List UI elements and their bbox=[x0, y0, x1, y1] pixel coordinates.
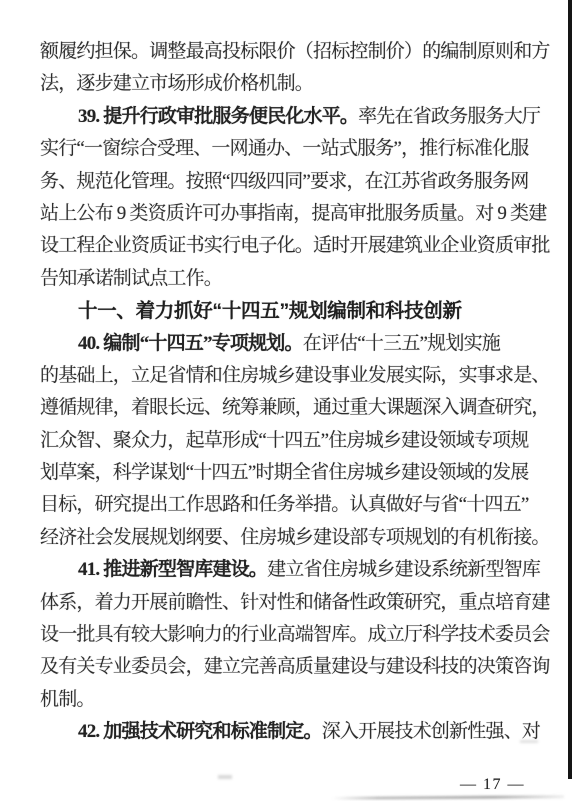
line-text: 目标，研究提出工作思路和任务举措。认真做好与省“十四五” bbox=[40, 494, 528, 515]
text-line: 法，逐步建立市场形成价格机制。 bbox=[40, 68, 544, 100]
scan-bottom-smudge-artifact bbox=[332, 795, 564, 800]
line-text: 建立省住房城乡建设系统新型智库 bbox=[267, 559, 540, 580]
line-text: 告知承诺制试点工作。 bbox=[40, 268, 222, 289]
paragraph-lead: 41. 推进新型智库建设。 bbox=[78, 559, 267, 580]
text-line: 实行“一窗综合受理、一网通办、一站式服务”，推行标准化服 bbox=[40, 133, 544, 165]
line-text: 深入开展技术创新性强、对 bbox=[322, 721, 540, 742]
line-text: 设工程企业资质证书实行电子化。适时开展建筑业企业资质审批 bbox=[40, 235, 550, 256]
line-text: 法，逐步建立市场形成价格机制。 bbox=[40, 73, 313, 94]
line-text: 体系，着力开展前瞻性、针对性和储备性政策研究，重点培育建 bbox=[40, 592, 550, 613]
line-text: 遵循规律，着眼长远、统筹兼顾，通过重大课题深入调查研究， bbox=[40, 397, 550, 418]
paragraph-lead: 40. 编制“十四五”专项规划。 bbox=[78, 333, 303, 354]
line-text: 汇众智、聚众力，起草形成“十四五”住房城乡建设领域专项规 bbox=[40, 430, 528, 451]
text-line: 39. 提升行政审批服务便民化水平。率先在省政务服务大厅 bbox=[40, 101, 544, 133]
text-line: 体系，着力开展前瞻性、针对性和储备性政策研究，重点培育建 bbox=[40, 587, 544, 619]
line-text: 机制。 bbox=[40, 689, 95, 710]
scan-speck-artifact bbox=[218, 775, 232, 779]
text-line: 站上公布 9 类资质许可办事指南，提高审批服务质量。对 9 类建 bbox=[40, 198, 544, 230]
scan-right-edge-artifact bbox=[568, 0, 572, 779]
text-line: 设工程企业资质证书实行电子化。适时开展建筑业企业资质审批 bbox=[40, 230, 544, 262]
text-line: 汇众智、聚众力，起草形成“十四五”住房城乡建设领域专项规 bbox=[40, 425, 544, 457]
text-line: 及有关专业委员会，建立完善高质量建设与建设科技的决策咨询 bbox=[40, 651, 544, 683]
line-text: 十一、着力抓好“十四五”规划编制和科技创新 bbox=[78, 300, 462, 322]
line-text: 设一批具有较大影响力的行业高端智库。成立厅科学技术委员会 bbox=[40, 624, 550, 645]
section-heading: 十一、着力抓好“十四五”规划编制和科技创新 bbox=[40, 295, 544, 327]
text-line: 额履约担保。调整最高投标限价（招标控制价）的编制原则和方 bbox=[40, 36, 544, 68]
document-text: 额履约担保。调整最高投标限价（招标控制价）的编制原则和方法，逐步建立市场形成价格… bbox=[40, 36, 544, 749]
line-text: 划草案，科学谋划“十四五”时期全省住房城乡建设领域的发展 bbox=[40, 462, 528, 483]
line-text: 在评估“十三五”规划实施 bbox=[303, 333, 500, 354]
text-line: 42. 加强技术研究和标准制定。深入开展技术创新性强、对 bbox=[40, 716, 544, 748]
scan-page: 额履约担保。调整最高投标限价（招标控制价）的编制原则和方法，逐步建立市场形成价格… bbox=[0, 0, 572, 801]
line-text: 及有关专业委员会，建立完善高质量建设与建设科技的决策咨询 bbox=[40, 656, 550, 677]
text-line: 设一批具有较大影响力的行业高端智库。成立厅科学技术委员会 bbox=[40, 619, 544, 651]
line-text: 实行“一窗综合受理、一网通办、一站式服务”，推行标准化服 bbox=[40, 138, 528, 159]
text-line: 40. 编制“十四五”专项规划。在评估“十三五”规划实施 bbox=[40, 328, 544, 360]
text-line: 经济社会发展规划纲要、住房城乡建设部专项规划的有机衔接。 bbox=[40, 522, 544, 554]
line-text: 额履约担保。调整最高投标限价（招标控制价）的编制原则和方 bbox=[40, 41, 550, 62]
scan-speck-artifact bbox=[520, 740, 538, 743]
text-line: 目标，研究提出工作思路和任务举措。认真做好与省“十四五” bbox=[40, 489, 544, 521]
line-text: 的基础上，立足省情和住房城乡建设事业发展实际，实事求是、 bbox=[40, 365, 550, 386]
line-text: 站上公布 9 类资质许可办事指南，提高审批服务质量。对 9 类建 bbox=[40, 203, 546, 224]
text-line: 41. 推进新型智库建设。建立省住房城乡建设系统新型智库 bbox=[40, 554, 544, 586]
text-line: 告知承诺制试点工作。 bbox=[40, 263, 544, 295]
paragraph-lead: 42. 加强技术研究和标准制定。 bbox=[78, 721, 322, 742]
page-number: — 17 — bbox=[460, 776, 525, 794]
line-text: 率先在省政务服务大厅 bbox=[358, 106, 540, 127]
paragraph-lead: 39. 提升行政审批服务便民化水平。 bbox=[78, 106, 358, 127]
text-line: 机制。 bbox=[40, 684, 544, 716]
line-text: 经济社会发展规划纲要、住房城乡建设部专项规划的有机衔接。 bbox=[40, 527, 550, 548]
text-line: 的基础上，立足省情和住房城乡建设事业发展实际，实事求是、 bbox=[40, 360, 544, 392]
line-text: 务、规范化管理。按照“四级四同”要求，在江苏省政务服务网 bbox=[40, 171, 528, 192]
text-line: 遵循规律，着眼长远、统筹兼顾，通过重大课题深入调查研究， bbox=[40, 392, 544, 424]
text-line: 务、规范化管理。按照“四级四同”要求，在江苏省政务服务网 bbox=[40, 166, 544, 198]
text-line: 划草案，科学谋划“十四五”时期全省住房城乡建设领域的发展 bbox=[40, 457, 544, 489]
